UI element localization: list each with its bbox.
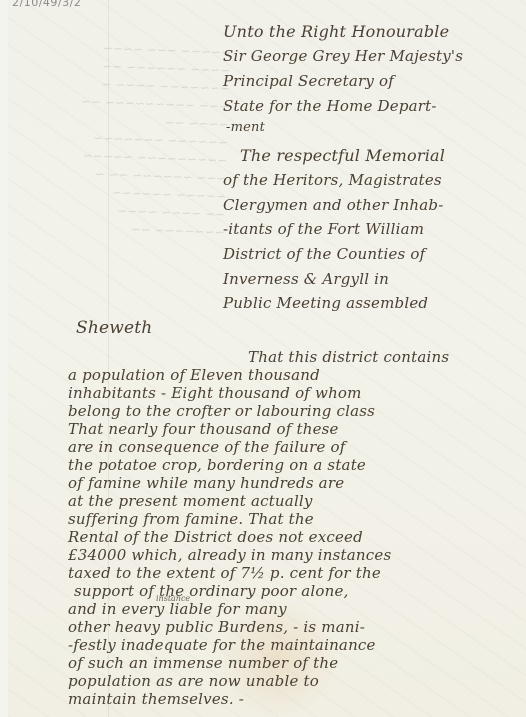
body-line: inhabitants - Eight thousand of whom bbox=[68, 384, 362, 402]
memorial-line: -itants of the Fort William bbox=[223, 220, 424, 238]
body-line: population as are now unable to bbox=[68, 672, 319, 690]
bleed-line: ~~~~~~~ ~~ bbox=[25, 216, 226, 241]
memorial-line: District of the Counties of bbox=[223, 245, 425, 263]
bleed-line: ~~~~~ ~~~ ~~~~ bbox=[31, 37, 232, 62]
body-line: £34000 which, already in many instances bbox=[68, 546, 391, 564]
manuscript-page: 2/10/49/3/2 ~~~~~ ~~~ ~~~~ ~~~~ ~~~~~~ ~… bbox=[8, 0, 526, 717]
memorial-line: Clergymen and other Inhab- bbox=[223, 196, 444, 214]
salutation: Sheweth bbox=[76, 318, 152, 338]
memorial-line: Inverness & Argyll in bbox=[223, 270, 389, 288]
body-line: maintain themselves. - bbox=[68, 690, 244, 708]
memorial-line: of the Heritors, Magistrates bbox=[223, 171, 442, 189]
body-line: support of the ordinary poor alone, bbox=[74, 582, 349, 600]
bleed-line: ~~~ ~~~~~~ ~~ ~ bbox=[26, 162, 227, 187]
body-line: taxed to the extent of 7½ p. cent for th… bbox=[68, 564, 381, 582]
body-line: are in consequence of the failure of bbox=[68, 438, 346, 456]
memorial-line: The respectful Memorial bbox=[240, 146, 445, 165]
body-line: belong to the crofter or labouring class bbox=[68, 402, 375, 420]
body-line: of famine while many hundreds are bbox=[68, 474, 344, 492]
memorial-line: Public Meeting assembled bbox=[223, 294, 428, 312]
bleed-line: ~~~~~~ ~~~~~~~ bbox=[28, 127, 229, 152]
body-line: other heavy public Burdens, - is mani- bbox=[68, 618, 365, 636]
address-line: -ment bbox=[226, 120, 265, 135]
bleed-through-text: ~~~~~ ~~~ ~~~~ ~~~~ ~~~~~~ ~~ ~~~~~~~ ~~… bbox=[25, 37, 232, 242]
bleed-line: ~~~~~~~~~ ~~~~~ bbox=[27, 145, 228, 170]
address-line: Unto the Right Honourable bbox=[223, 22, 449, 41]
bleed-line: ~~~~ ~~~~~~ ~~ bbox=[30, 55, 231, 80]
bleed-line: ~~~~ ~~ bbox=[28, 109, 229, 134]
body-line: Rental of the District does not exceed bbox=[68, 528, 363, 546]
body-line: and in every liable for many bbox=[68, 600, 287, 618]
archive-reference: 2/10/49/3/2 bbox=[12, 0, 81, 9]
address-line: State for the Home Depart- bbox=[223, 97, 437, 115]
body-line: That nearly four thousand of these bbox=[68, 420, 339, 438]
body-line: That this district contains bbox=[248, 348, 449, 366]
body-line: the potatoe crop, bordering on a state bbox=[68, 456, 366, 474]
bleed-line: ~~~ ~~~~~~~~~ ~~ bbox=[29, 91, 230, 116]
address-line: Sir George Grey Her Majesty's bbox=[223, 47, 463, 65]
body-line: at the present moment actually bbox=[68, 492, 313, 510]
bleed-line: ~~~~~~~ ~~~~ ~ bbox=[30, 73, 231, 98]
body-line: suffering from famine. That the bbox=[68, 510, 314, 528]
bleed-line: ~~ ~~~~ ~~~~ bbox=[25, 198, 226, 223]
bleed-line: ~~~~~ ~~~~~~ bbox=[26, 180, 227, 205]
body-line: a population of Eleven thousand bbox=[68, 366, 320, 384]
address-line: Principal Secretary of bbox=[223, 72, 394, 90]
body-line: -festly inadequate for the maintainance bbox=[68, 636, 376, 654]
body-line: of such an immense number of the bbox=[68, 654, 338, 672]
